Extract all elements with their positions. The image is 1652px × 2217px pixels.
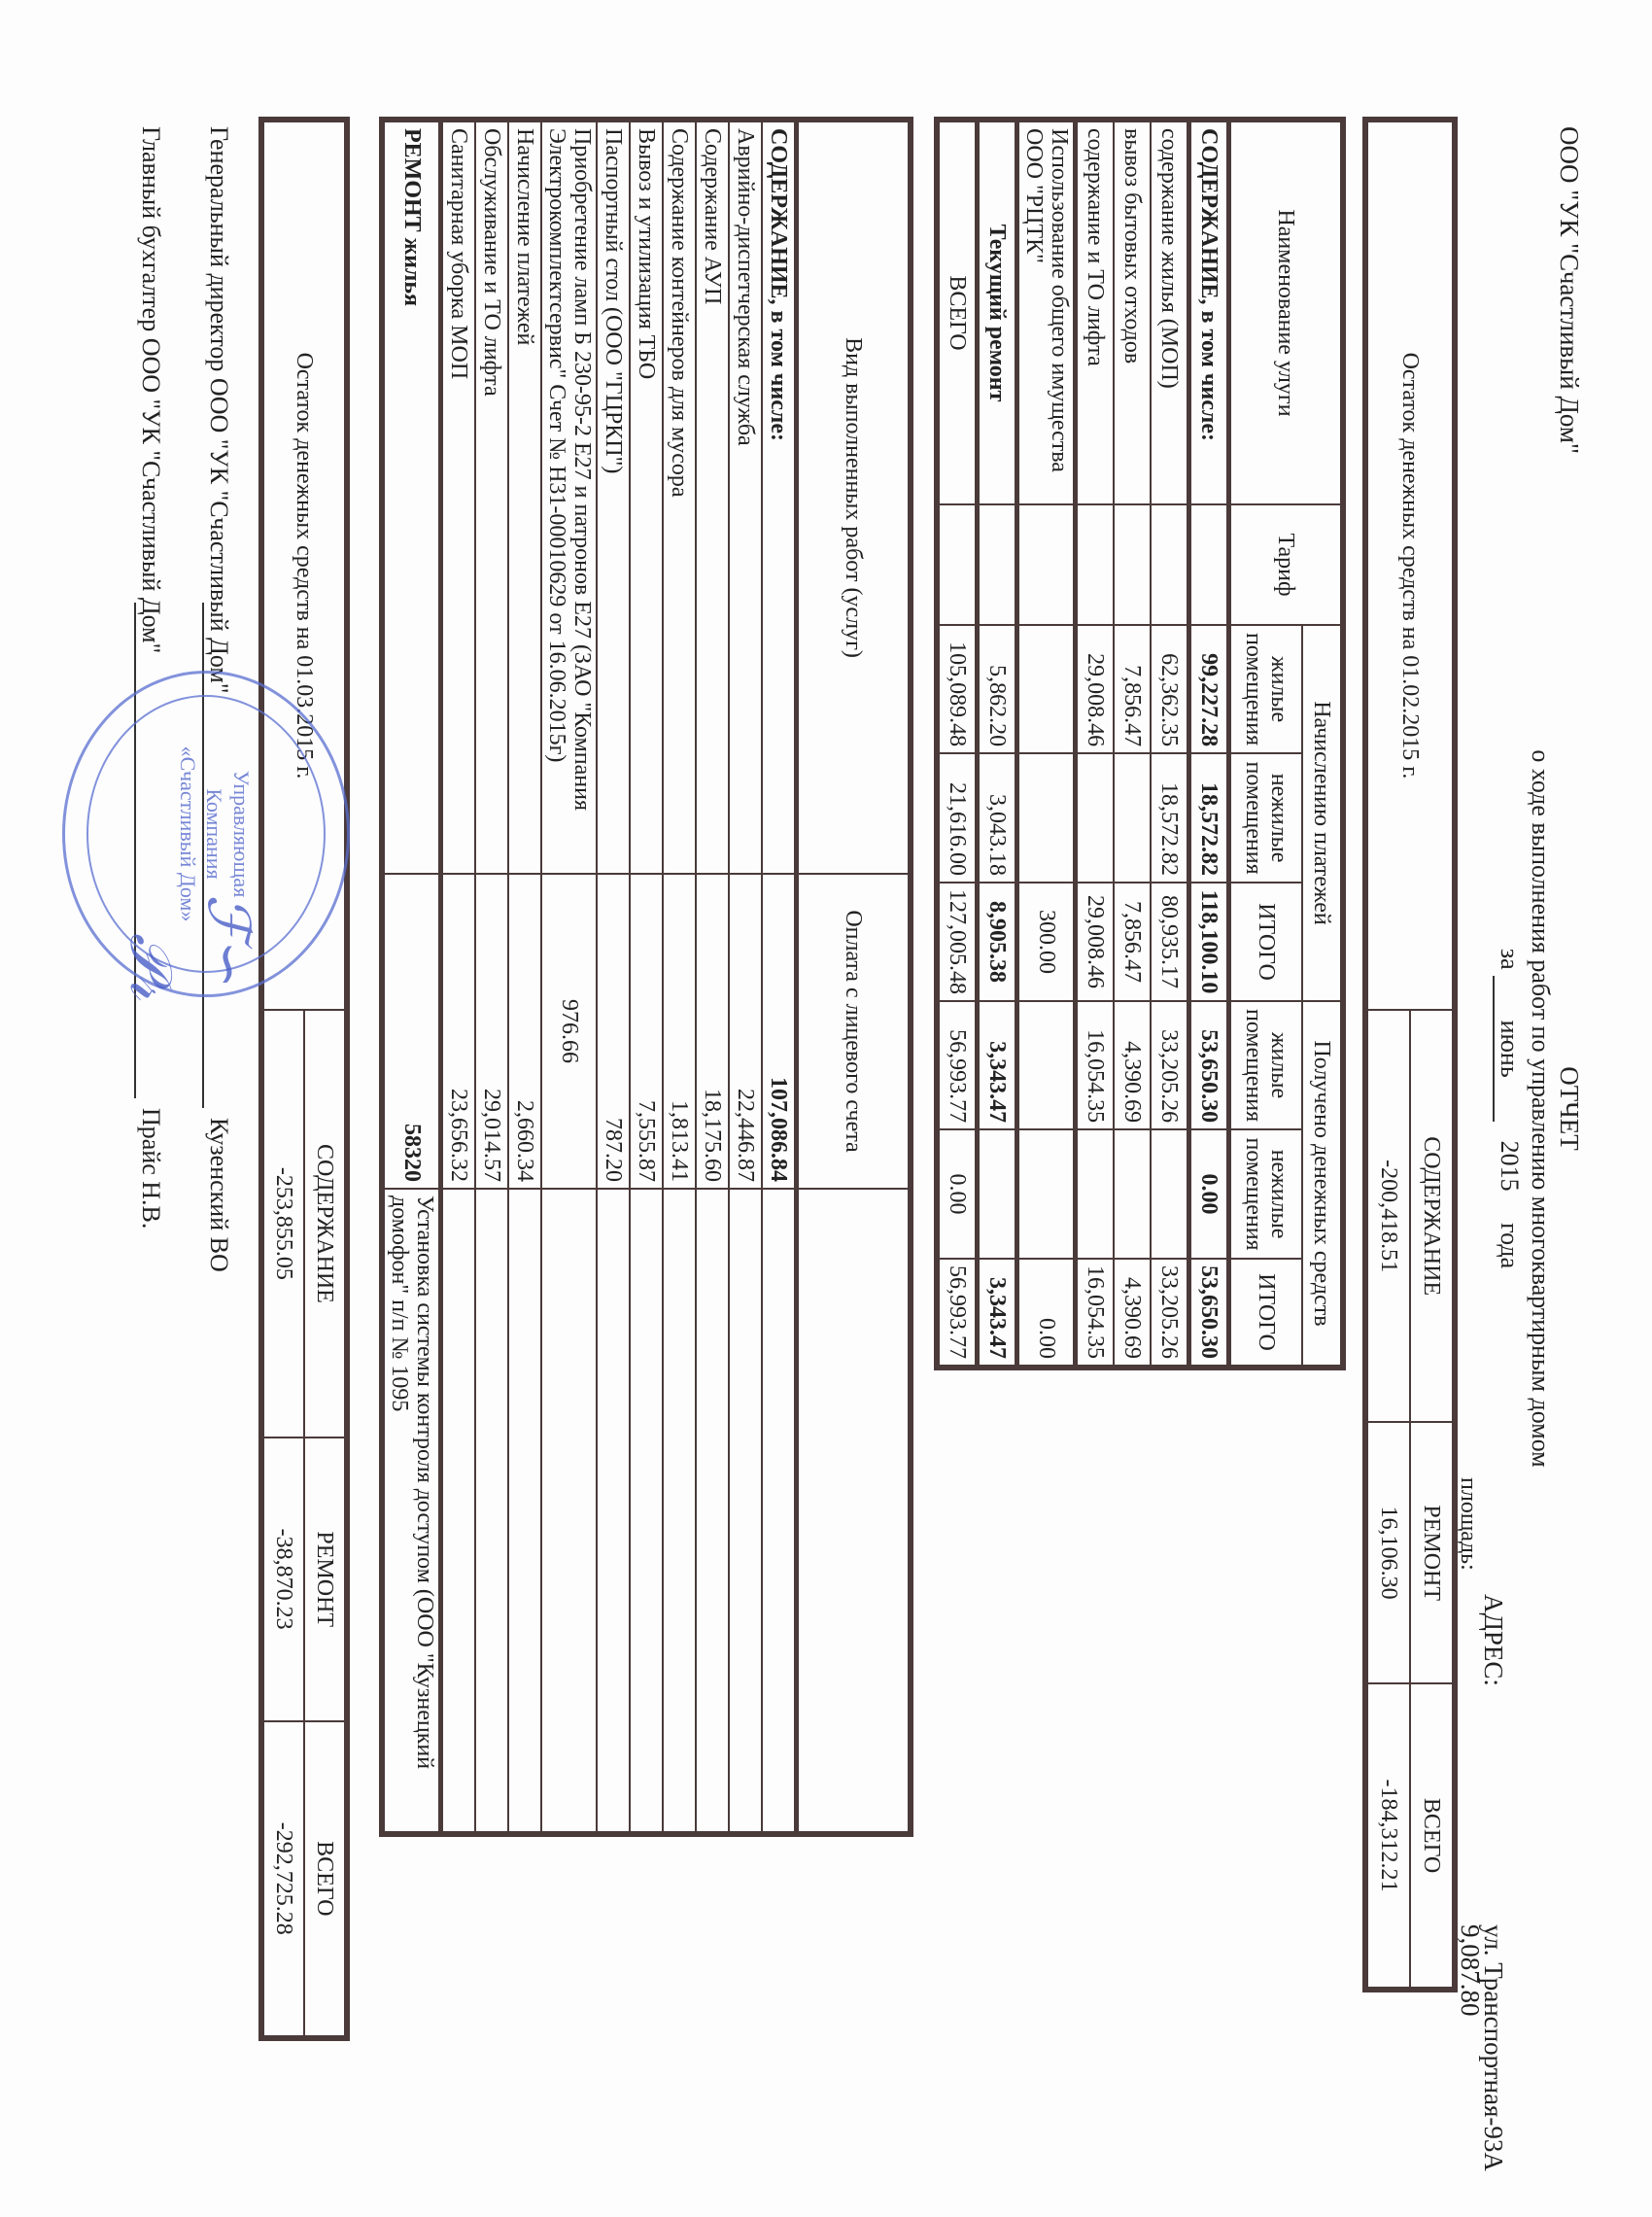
director-title: Генеральный директор ООО "УК "Счастливый… [204,126,233,693]
cell-ch-nonres [1017,753,1076,883]
director-name: Кузенский ВО [204,1118,233,1272]
cell-rc-total: 56,993.77 [937,1259,978,1368]
works-row: Обслуживание и ТО лифта29,014.57 [475,120,508,1834]
col-group-charged: Начислению платежей [1302,625,1343,1001]
cell-ch-nonres: 21,616.00 [937,753,978,883]
col-extra [797,1189,912,1834]
area-value: 9,087.80 [1455,1924,1485,2017]
col-charged-residential: жилые помещения [1229,625,1303,753]
cell-ch-total: 8,905.38 [978,883,1017,1001]
work-payment: 18,175.60 [696,874,729,1189]
opening-balance-label: Остаток денежных средств на 01.02.2015 г… [1365,120,1455,1010]
works-row: Начисление платежей2,660.34 [508,120,541,1834]
charges-row: СОДЕРЖАНИЕ, в том числе:99,227.2818,572.… [1189,120,1229,1368]
works-row: Аврийно-диспетчерская служба22,446.87 [729,120,762,1834]
service-name: ВСЕГО [937,120,978,504]
cell-tariff [1017,504,1076,625]
cell-rc-nonres: 0.00 [937,1129,978,1259]
work-note [441,1189,476,1834]
report-period: за июнь 2015 года [1493,0,1524,2217]
work-note [541,1189,597,1834]
cell-tariff [978,504,1017,625]
cell-tariff [1114,504,1151,625]
work-name: Приобретение ламп Б 230-95-2 Е27 и патро… [541,120,597,874]
col-work-type: Вид выполненных работ (услуг) [797,120,912,874]
works-row: Паспортный стол (ООО "ГЦРКП")787.20 [597,120,630,1834]
cell-rc-total: 53,650.30 [1189,1259,1229,1368]
cell-rc-res: 56,993.77 [937,1001,978,1129]
address-label: АДРЕС: [1478,1594,1508,1686]
closing-col-total: ВСЕГО [304,1721,347,2038]
work-name: Начисление платежей [508,120,541,874]
opening-total-value: -184,312.21 [1365,1683,1410,1990]
work-note [508,1189,541,1834]
work-payment: 787.20 [597,874,630,1189]
period-year: 2015 [1495,1141,1524,1192]
work-name: Аврийно-диспетчерская служба [729,120,762,874]
col-group-received: Получено денежных средств [1302,1001,1343,1368]
cell-rc-nonres [1017,1129,1076,1259]
cell-rc-total: 33,205.26 [1151,1259,1189,1368]
cell-rc-res: 4,390.69 [1114,1001,1151,1129]
cell-ch-total: 127,005.48 [937,883,978,1001]
col-received-residential: жилые помещения [1229,1001,1303,1129]
cell-ch-res: 5,862.20 [978,625,1017,753]
charges-row: содержание жилья (МОП)62,362.3518,572.82… [1151,120,1189,1368]
works-row: РЕМОНТ жилья58320Установка системы контр… [382,120,440,1834]
work-payment: 2,660.34 [508,874,541,1189]
service-name: Использование общего имущества ООО "РЦТК… [1017,120,1076,504]
work-name: Паспортный стол (ООО "ГЦРКП") [597,120,630,874]
charges-row: Текущий ремонт5,862.203,043.188,905.383,… [978,120,1017,1368]
cell-ch-res: 105,089.48 [937,625,978,753]
cell-tariff [1189,504,1229,625]
closing-total-value: -292,725.28 [261,1721,304,2038]
work-note: Установка системы контроля доступом (ООО… [382,1189,440,1834]
work-payment: 23,656.32 [441,874,476,1189]
works-row: Санитарная уборка МОП23,656.32 [441,120,476,1834]
cell-ch-total: 80,935.17 [1151,883,1189,1001]
cell-ch-res: 7,856.47 [1114,625,1151,753]
work-payment: 58320 [382,874,440,1189]
work-payment: 107,086.84 [762,874,797,1189]
works-row: Вывоз и утилизация ТБО7,555.87 [630,120,663,1834]
cell-ch-total: 300.00 [1017,883,1076,1001]
cell-ch-nonres: 3,043.18 [978,753,1017,883]
report-subtitle: о ходе выполнения работ по управлению мн… [1526,0,1555,2217]
service-name: СОДЕРЖАНИЕ, в том числе: [1189,120,1229,504]
cell-ch-total: 29,008.46 [1076,883,1115,1001]
works-table: Вид выполненных работ (услуг) Оплата с л… [379,117,913,1837]
cell-rc-nonres [1114,1129,1151,1259]
work-name: Вывоз и утилизация ТБО [630,120,663,874]
period-suffix: года [1495,1223,1524,1268]
charges-table: Наименование улуги Тариф Начислению плат… [934,117,1346,1370]
works-row: Содержание АУП18,175.60 [696,120,729,1834]
opening-balance-table: Остаток денежных средств на 01.02.2015 г… [1362,117,1458,1992]
work-name: Санитарная уборка МОП [441,120,476,874]
cell-rc-nonres [978,1129,1017,1259]
work-note [696,1189,729,1834]
cell-rc-res [1017,1001,1076,1129]
cell-ch-total: 118,100.10 [1189,883,1229,1001]
cell-tariff [937,504,978,625]
charges-row: Использование общего имущества ООО "РЦТК… [1017,120,1076,1368]
accountant-name: Прайс Н.В. [136,1108,165,1229]
work-payment: 29,014.57 [475,874,508,1189]
cell-rc-total: 4,390.69 [1114,1259,1151,1368]
charges-row: содержание и ТО лифта29,008.4629,008.461… [1076,120,1115,1368]
cell-ch-res: 62,362.35 [1151,625,1189,753]
accountant-signature: 𝒫𝓇 [117,933,185,999]
work-note [729,1189,762,1834]
work-note [762,1189,797,1834]
col-received-nonresidential: нежилые помещения [1229,1129,1303,1259]
report-title: ОТЧЕТ [1554,0,1584,2217]
work-name: Содержание контейнеров для мусора [663,120,696,874]
opening-col-repair: РЕМОНТ [1410,1422,1455,1683]
charges-row: ВСЕГО105,089.4821,616.00127,005.4856,993… [937,120,978,1368]
cell-tariff [1151,504,1189,625]
accountant-title: Главный бухгалтер ООО "УК "Счастливый До… [136,126,165,653]
work-name: Содержание АУП [696,120,729,874]
cell-rc-res: 33,205.26 [1151,1001,1189,1129]
work-note [597,1189,630,1834]
cell-rc-res: 53,650.30 [1189,1001,1229,1129]
work-note [475,1189,508,1834]
cell-rc-total: 16,054.35 [1076,1259,1115,1368]
cell-tariff [1076,504,1115,625]
service-name: вывоз бытовых отходов [1114,120,1151,504]
cell-rc-res: 16,054.35 [1076,1001,1115,1129]
period-month: июнь [1493,976,1524,1122]
cell-rc-total: 0.00 [1017,1259,1076,1368]
cell-ch-nonres: 18,572.82 [1151,753,1189,883]
col-charged-nonresidential: нежилые помещения [1229,753,1303,883]
cell-ch-nonres [1076,753,1115,883]
area-label: площадь: [1455,1477,1481,1571]
cell-ch-res: 99,227.28 [1189,625,1229,753]
charges-row: вывоз бытовых отходов7,856.477,856.474,3… [1114,120,1151,1368]
work-payment: 22,446.87 [729,874,762,1189]
cell-rc-total: 3,343.47 [978,1259,1017,1368]
work-note [630,1189,663,1834]
col-charged-total: ИТОГО [1229,883,1303,1001]
closing-col-maintenance: СОДЕРЖАНИЕ [304,1010,347,1438]
works-row: СОДЕРЖАНИЕ, в том числе:107,086.84 [762,120,797,1834]
closing-maintenance-value: -253,855.05 [261,1010,304,1438]
col-payment: Оплата с лицевого счета [797,874,912,1189]
cell-rc-res: 3,343.47 [978,1001,1017,1129]
opening-repair-value: 16,106.30 [1365,1422,1410,1683]
cell-ch-nonres [1114,753,1151,883]
work-payment: 1,813.41 [663,874,696,1189]
director-signature: ℱ∽ [194,894,262,988]
cell-ch-res [1017,625,1076,753]
cell-rc-nonres [1151,1129,1189,1259]
period-prefix: за [1495,949,1524,970]
works-row: Приобретение ламп Б 230-95-2 Е27 и патро… [541,120,597,1834]
work-note [663,1189,696,1834]
cell-ch-res: 29,008.46 [1076,625,1115,753]
col-received-total: ИТОГО [1229,1259,1303,1368]
col-tariff: Тариф [1229,504,1344,625]
work-name: СОДЕРЖАНИЕ, в том числе: [762,120,797,874]
closing-col-repair: РЕМОНТ [304,1438,347,1721]
work-name: РЕМОНТ жилья [382,120,440,874]
report-page: ООО "УК "Счастливый Дом" ОТЧЕТ о ходе вы… [0,0,1652,2217]
service-name: содержание жилья (МОП) [1151,120,1189,504]
service-name: содержание и ТО лифта [1076,120,1115,504]
work-payment: 7,555.87 [630,874,663,1189]
cell-rc-nonres: 0.00 [1189,1129,1229,1259]
cell-ch-total: 7,856.47 [1114,883,1151,1001]
opening-col-total: ВСЕГО [1410,1683,1455,1990]
opening-col-maintenance: СОДЕРЖАНИЕ [1410,1010,1455,1422]
work-name: Обслуживание и ТО лифта [475,120,508,874]
cell-ch-nonres: 18,572.82 [1189,753,1229,883]
service-name: Текущий ремонт [978,120,1017,504]
work-payment: 976.66 [541,874,597,1189]
cell-rc-nonres [1076,1129,1115,1259]
opening-maintenance-value: -200,418.51 [1365,1010,1410,1422]
closing-repair-value: -38,870.23 [261,1438,304,1721]
closing-balance-table: Остаток денежных средств на 01.03.2015 г… [258,117,350,2041]
col-service: Наименование улуги [1229,120,1344,504]
works-row: Содержание контейнеров для мусора1,813.4… [663,120,696,1834]
